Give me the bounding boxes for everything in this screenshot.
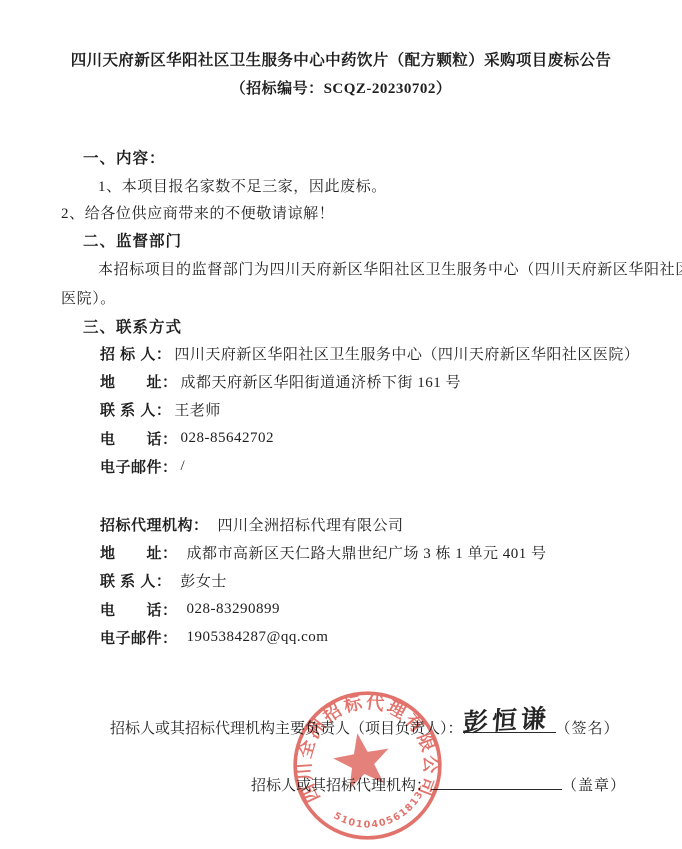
agency-contact-person-label: 联 系 人： bbox=[100, 570, 171, 591]
tenderer-contact-person-label: 联 系 人： bbox=[100, 399, 171, 420]
agency-contact-block: 招标代理机构： 四川全洲招标代理有限公司 地 址： 成都市高新区天仁路大鼎世纪广… bbox=[100, 510, 547, 652]
seal-star-icon bbox=[333, 733, 388, 789]
signature-suffix-label: （签名） bbox=[556, 717, 620, 738]
section-1-item-1: 1、本项目报名家数不足三家，因此废标。 bbox=[98, 175, 387, 196]
tenderer-email-row: 电子邮件： / bbox=[100, 453, 639, 481]
agency-phone-label: 电 话： bbox=[100, 599, 178, 620]
section-2-heading: 二、监督部门 bbox=[83, 229, 182, 251]
tenderer-name-row: 招 标 人： 四川天府新区华阳社区卫生服务中心（四川天府新区华阳社区医院） bbox=[100, 339, 639, 367]
agency-name-label: 招标代理机构： bbox=[100, 514, 209, 535]
agency-address-value: 成都市高新区天仁路大鼎世纪广场 3 栋 1 单元 401 号 bbox=[187, 542, 547, 563]
signature-underline: 彭恒谦 bbox=[463, 716, 556, 733]
agency-name-row: 招标代理机构： 四川全洲招标代理有限公司 bbox=[100, 510, 547, 538]
section-2-body-line2: 医院）。 bbox=[61, 287, 116, 308]
agency-phone-value: 028-83290899 bbox=[187, 601, 281, 618]
tenderer-name-value: 四川天府新区华阳社区卫生服务中心（四川天府新区华阳社区医院） bbox=[174, 343, 639, 364]
agency-email-row: 电子邮件： 1905384287@qq.com bbox=[100, 624, 547, 652]
tender-number: （招标编号：SCQZ-20230702） bbox=[0, 77, 682, 98]
agency-address-row: 地 址： 成都市高新区天仁路大鼎世纪广场 3 栋 1 单元 401 号 bbox=[100, 538, 547, 566]
tenderer-contact-block: 招 标 人： 四川天府新区华阳社区卫生服务中心（四川天府新区华阳社区医院） 地 … bbox=[100, 339, 639, 481]
tenderer-contact-person-row: 联 系 人： 王老师 bbox=[100, 396, 639, 424]
agency-contact-person-value: 彭女士 bbox=[180, 570, 227, 591]
agency-contact-person-row: 联 系 人： 彭女士 bbox=[100, 567, 547, 595]
tenderer-address-label: 地 址： bbox=[100, 371, 178, 392]
tenderer-address-row: 地 址： 成都天府新区华阳街道通济桥下街 161 号 bbox=[100, 367, 639, 395]
tenderer-phone-row: 电 话： 028-85642702 bbox=[100, 424, 639, 452]
seal-suffix-label: （盖章） bbox=[562, 774, 626, 795]
section-2-body-line1: 本招标项目的监督部门为四川天府新区华阳社区卫生服务中心（四川天府新区华阳社区 bbox=[98, 258, 682, 279]
seal-underline bbox=[431, 773, 562, 790]
tenderer-phone-value: 028-85642702 bbox=[181, 430, 275, 447]
section-1-heading: 一、内容： bbox=[83, 146, 166, 168]
tenderer-contact-person-value: 王老师 bbox=[174, 399, 221, 420]
agency-email-label: 电子邮件： bbox=[100, 627, 178, 648]
agency-address-label: 地 址： bbox=[100, 542, 178, 563]
tenderer-email-label: 电子邮件： bbox=[100, 456, 178, 477]
section-1-item-2: 2、给各位供应商带来的不便敬请谅解！ bbox=[61, 202, 334, 223]
agency-phone-row: 电 话： 028-83290899 bbox=[100, 595, 547, 623]
document-page: 四川天府新区华阳社区卫生服务中心中药饮片（配方颗粒）采购项目废标公告 （招标编号… bbox=[0, 0, 682, 849]
section-3-heading: 三、联系方式 bbox=[83, 315, 182, 337]
tenderer-email-value: / bbox=[181, 458, 186, 475]
tenderer-address-value: 成都天府新区华阳街道通济桥下街 161 号 bbox=[181, 371, 462, 392]
tenderer-name-label: 招 标 人： bbox=[100, 343, 171, 364]
agency-email-value: 1905384287@qq.com bbox=[187, 629, 329, 646]
seal-company-name-text: 四川全洲招标代理有限公司 bbox=[294, 691, 441, 806]
document-title: 四川天府新区华阳社区卫生服务中心中药饮片（配方颗粒）采购项目废标公告 bbox=[0, 48, 682, 70]
company-seal-stamp: 四川全洲招标代理有限公司 5101040561813 bbox=[286, 684, 449, 847]
agency-name-value: 四川全洲招标代理有限公司 bbox=[218, 514, 404, 535]
tenderer-phone-label: 电 话： bbox=[100, 428, 178, 449]
handwritten-signature: 彭恒谦 bbox=[461, 698, 550, 739]
